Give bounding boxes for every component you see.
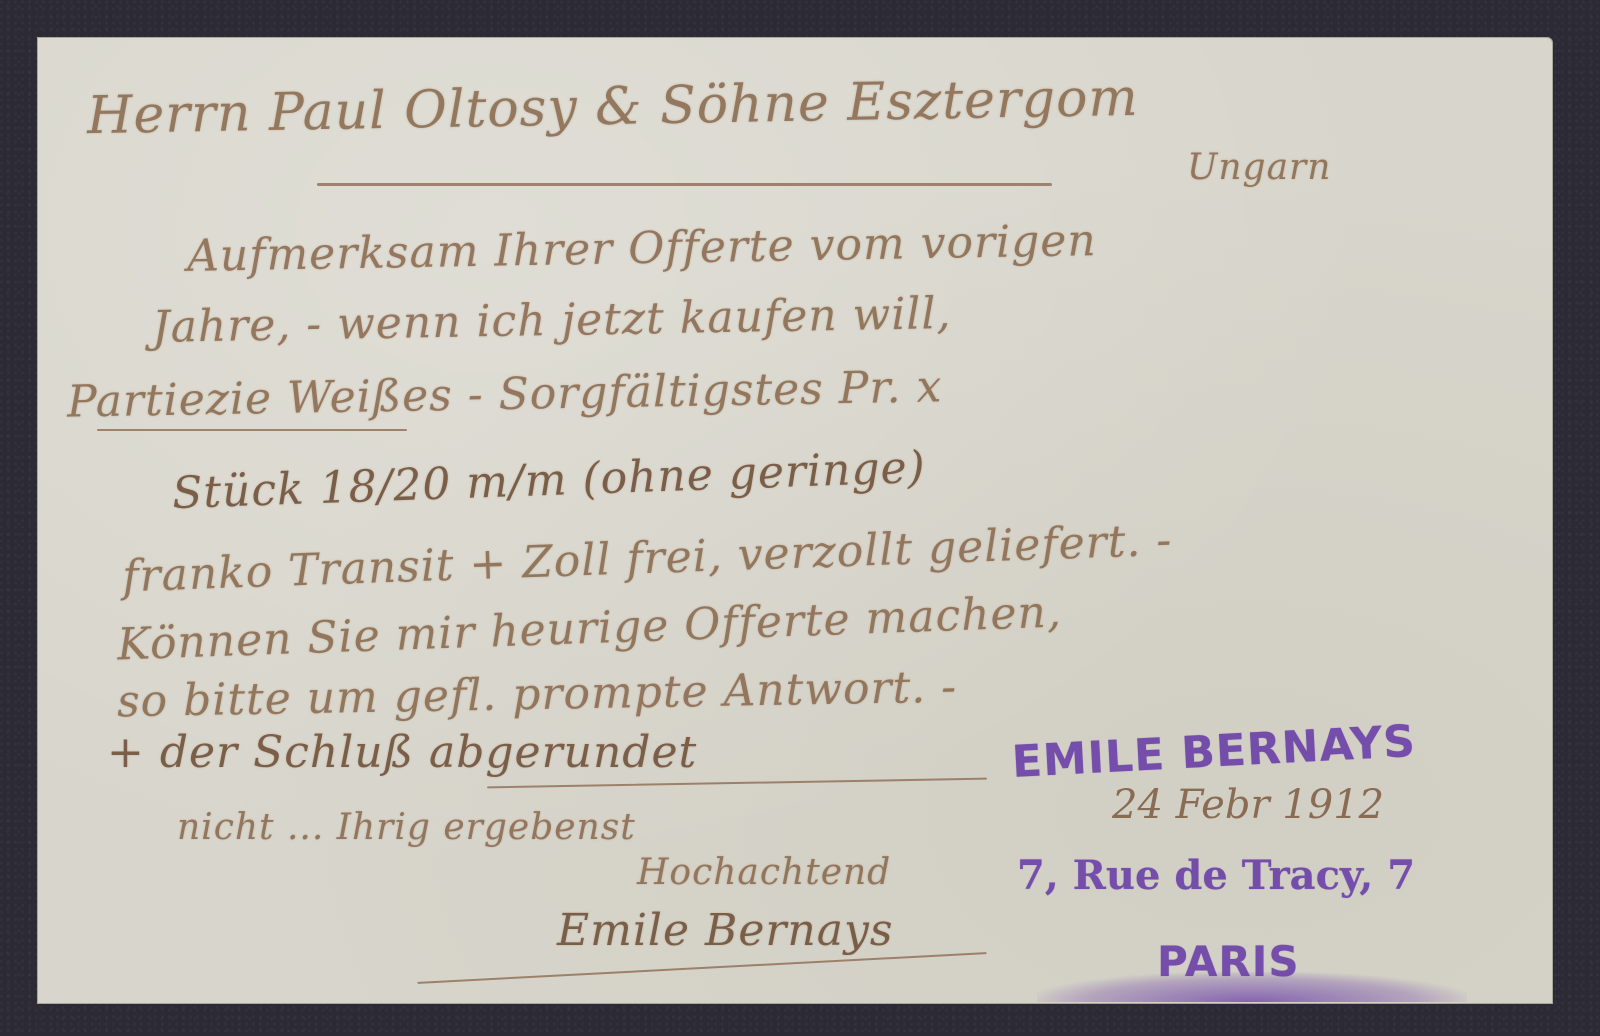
stamp-company-name: EMILE BERNAYS [1011,716,1417,788]
message-line-7: so bitte um gefl. prompte Antwort. - [117,662,958,728]
message-line-2: Jahre, - wenn ich jetzt kaufen will, [152,288,952,353]
signature: Emile Bernays [557,905,893,956]
message-line-6: Können Sie mir heurige Offerte machen, [116,587,1062,671]
address-line-2: Ungarn [1187,147,1331,188]
message-line-9: nicht ... Ihrig ergebenst [177,807,636,848]
address-line-1: Herrn Paul Oltosy & Söhne Esztergom [87,68,1140,146]
stamp-street-address: 7, Rue de Tracy, 7 [1017,852,1415,899]
closing: Hochachtend [637,852,891,893]
message-line-4: Stück 18/20 m/m (ohne geringe) [171,442,926,519]
closing-rule [487,778,987,789]
partie-underline [97,429,407,431]
signature-flourish [417,952,986,984]
stamp-handwritten-date: 24 Febr 1912 [1112,782,1384,828]
message-line-8: + der Schluß abgerundet [107,727,697,778]
message-line-3: Partiezie Weißes - Sorgfältigstes Pr. x [67,361,943,427]
postcard: Herrn Paul Oltosy & Söhne Esztergom Unga… [37,37,1553,1004]
address-underline [317,183,1052,186]
stamp-smudge [1037,972,1467,1002]
message-line-1: Aufmerksam Ihrer Offerte vom vorigen [187,215,1097,282]
